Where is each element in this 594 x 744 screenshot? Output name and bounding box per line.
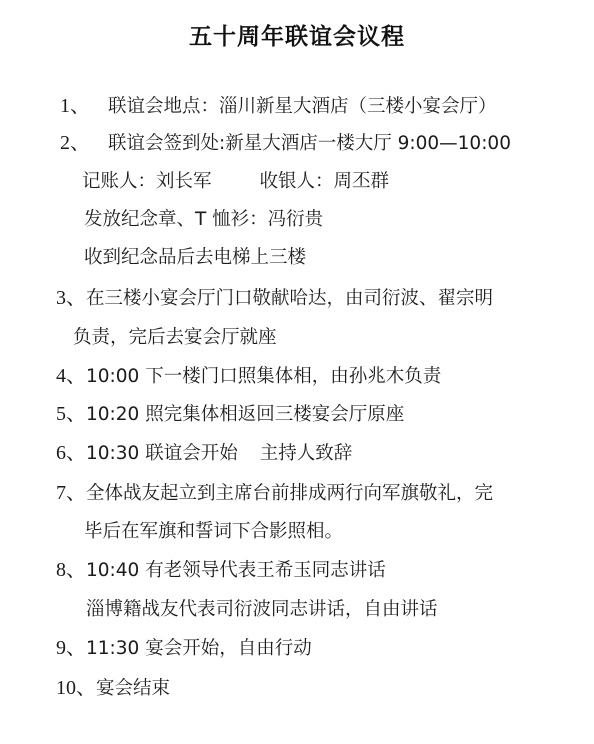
- item-number: 10、: [56, 677, 96, 699]
- item-number: 1、: [60, 95, 90, 117]
- agenda-item-6: 6、10:30 联谊会开始主持人致辞: [56, 441, 352, 466]
- agenda-item-2-elevator: 收到纪念品后去电梯上三楼: [84, 246, 306, 270]
- agenda-item-5: 5、10:20 照完集体相返回三楼宴会厅原座: [56, 402, 404, 427]
- item-text: 10:00 下一楼门口照集体相，由孙兆木负责: [86, 366, 441, 387]
- item-number: 3、: [56, 287, 86, 309]
- item-text: 发放纪念章、T 恤衫：冯衍贵: [84, 209, 323, 230]
- agenda-item-4: 4、10:00 下一楼门口照集体相，由孙兆木负责: [56, 364, 441, 389]
- item-text: 收到纪念品后去电梯上三楼: [84, 247, 306, 268]
- item-text: 在三楼小宴会厅门口敬献哈达，由司衍波、翟宗明: [86, 288, 493, 309]
- item-number: 5、: [56, 403, 86, 425]
- agenda-item-3: 3、在三楼小宴会厅门口敬献哈达，由司衍波、翟宗明: [56, 286, 493, 311]
- agenda-item-3-continued: 负责，完后去宴会厅就座: [73, 326, 277, 350]
- agenda-item-2: 2、联谊会签到处:新星大酒店一楼大厅 9:00—10:00: [60, 131, 511, 156]
- item-text: 10:20 照完集体相返回三楼宴会厅原座: [86, 404, 404, 425]
- item-number: 7、: [56, 482, 86, 504]
- item-text: 10:40 有老领导代表王希玉同志讲话: [86, 560, 386, 581]
- item-number: 6、: [56, 442, 86, 464]
- item-text: 负责，完后去宴会厅就座: [73, 327, 277, 348]
- item-text: 联谊会地点：淄川新星大酒店（三楼小宴会厅）: [108, 96, 497, 117]
- agenda-item-9: 9、11:30 宴会开始，自由行动: [56, 636, 312, 661]
- agenda-item-2-souvenir: 发放纪念章、T 恤衫：冯衍贵: [84, 208, 323, 232]
- item-text: 毕后在军旗和誓词下合影照相。: [84, 521, 343, 542]
- item-number: 9、: [56, 637, 86, 659]
- item-text: 联谊会签到处:新星大酒店一楼大厅 9:00—10:00: [108, 133, 511, 154]
- bookkeeper-text: 记账人：刘长军: [82, 171, 212, 192]
- agenda-item-2-staff: 记账人：刘长军收银人：周丕群: [82, 170, 389, 194]
- item-text: 淄博籍战友代表司衍波同志讲话，自由讲话: [86, 599, 438, 620]
- item-text-host: 主持人致辞: [260, 443, 353, 464]
- item-number: 4、: [56, 365, 86, 387]
- agenda-item-8: 8、10:40 有老领导代表王希玉同志讲话: [56, 558, 386, 583]
- item-number: 2、: [60, 132, 90, 154]
- agenda-item-10: 10、宴会结束: [56, 676, 170, 701]
- item-text: 10:30 联谊会开始: [86, 443, 238, 464]
- agenda-item-1: 1、联谊会地点：淄川新星大酒店（三楼小宴会厅）: [60, 94, 497, 119]
- agenda-item-8-continued: 淄博籍战友代表司衍波同志讲话，自由讲话: [86, 598, 438, 622]
- item-text: 宴会结束: [96, 678, 170, 699]
- agenda-item-7: 7、全体战友起立到主席台前排成两行向军旗敬礼，完: [56, 481, 493, 506]
- item-number: 8、: [56, 559, 86, 581]
- cashier-text: 收银人：周丕群: [260, 171, 390, 192]
- item-text: 全体战友起立到主席台前排成两行向军旗敬礼，完: [86, 483, 493, 504]
- document-title: 五十周年联谊会议程: [0, 18, 594, 51]
- agenda-item-7-continued: 毕后在军旗和誓词下合影照相。: [84, 520, 343, 544]
- item-text: 11:30 宴会开始，自由行动: [86, 638, 312, 659]
